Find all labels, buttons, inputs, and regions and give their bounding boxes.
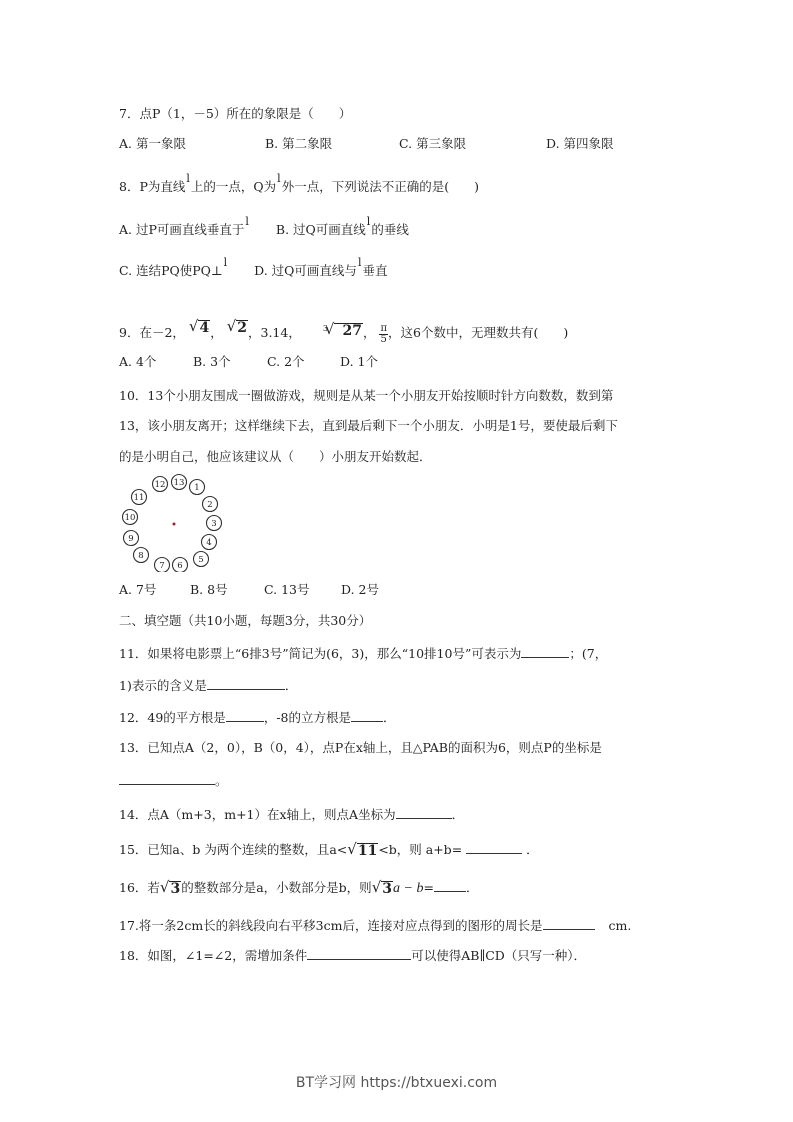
q7-option-c: C. 第三象限 <box>399 136 466 152</box>
svg-text:12: 12 <box>155 480 166 490</box>
text: 1)表示的含义是 <box>119 678 207 693</box>
pi-over-5: π5 <box>379 324 388 345</box>
answer-blank[interactable] <box>351 709 383 722</box>
text: 。 <box>215 773 228 788</box>
svg-text:4: 4 <box>206 538 211 548</box>
circle-diagram-icon: 13 1 2 3 4 5 6 7 8 9 10 11 12 <box>119 472 225 572</box>
line-l-symbol: l <box>277 172 281 185</box>
line-l-symbol: l <box>186 172 190 185</box>
svg-text:2: 2 <box>207 500 212 510</box>
question-18: 18．如图，∠1=∠2，需增加条件可以使得AB∥CD（只写一种）． <box>119 947 586 964</box>
section-2-title: 二、填空题（共10小题，每题3分，共30分） <box>119 613 371 629</box>
radicand: 4 <box>198 320 210 336</box>
svg-text:6: 6 <box>177 561 182 571</box>
svg-text:5: 5 <box>198 555 203 565</box>
q9-option-c: C. 2个 <box>267 354 305 370</box>
question-7-stem: 7．点P（1，－5）所在的象限是（ ） <box>119 106 351 122</box>
sqrt-2: √2 <box>227 318 248 336</box>
text: 11．如果将电影票上“6排3号”简记为(6，3)，那么“10排10号”可表示为 <box>119 646 521 661</box>
svg-text:10: 10 <box>125 513 136 523</box>
sqrt-3-expr: √3 <box>372 879 393 897</box>
text: ，3.14， <box>248 325 301 340</box>
q8-option-b: B. 过Q可画直线l的垂线 <box>276 222 409 237</box>
q8-option-d: D. 过Q可画直线与l垂直 <box>254 263 387 278</box>
svg-text:11: 11 <box>134 493 145 503</box>
answer-blank[interactable] <box>434 879 466 892</box>
children-circle-figure: 13 1 2 3 4 5 6 7 8 9 10 11 12 <box>119 472 225 572</box>
question-12: 12．49的平方根是，-8的立方根是． <box>119 709 396 726</box>
line-l-symbol: l <box>358 256 362 269</box>
text: 可以使得AB∥CD（只写一种）． <box>411 948 586 963</box>
text: ；(7， <box>569 646 607 661</box>
text: 9．在－2， <box>119 325 185 340</box>
question-10-line-1: 10．13个小朋友围成一圈做游戏，规则是从某一个小朋友开始按顺时针方向数数，数到… <box>119 388 613 404</box>
text: = <box>423 880 433 895</box>
line-l-symbol: l <box>367 215 371 228</box>
answer-blank[interactable] <box>226 709 264 722</box>
radicand: 3 <box>381 881 393 897</box>
text: ． <box>452 807 465 822</box>
question-13-line-2: 。 <box>119 772 228 789</box>
question-10-line-3: 的是小明自己，他应该建议从（ ）小朋友开始数起． <box>119 449 432 465</box>
question-8-stem: 8．P为直线l上的一点，Q为l外一点，下列说法不正确的是( ) <box>119 179 479 196</box>
text: <b，则 a+b= <box>378 842 462 857</box>
q9-option-a: A. 4个 <box>119 354 156 370</box>
answer-blank[interactable] <box>207 677 285 690</box>
text: 17.将一条2cm长的斜线段向右平移3cm后，连接对应点得到的图形的周长是 <box>119 918 543 933</box>
question-8-options-cd: C. 连结PQ使PQ⊥l D. 过Q可画直线与l垂直 <box>119 263 387 280</box>
svg-text:7: 7 <box>159 561 164 571</box>
q9-option-b: B. 3个 <box>193 354 231 370</box>
radicand: 27 <box>334 323 362 339</box>
text: ． <box>526 842 539 857</box>
q7-option-b: B. 第二象限 <box>265 136 332 152</box>
text: A. 过P可画直线垂直于 <box>119 222 244 237</box>
q10-option-b: B. 8号 <box>190 582 228 598</box>
answer-blank[interactable] <box>119 772 215 785</box>
radicand: 2 <box>236 320 248 336</box>
text: 的整数部分是a，小数部分是b，则 <box>181 880 371 895</box>
text: 垂直 <box>362 263 387 278</box>
text: B. 过Q可画直线 <box>276 222 366 237</box>
center-dot <box>173 523 176 526</box>
question-9-stem: 9．在－2， √4， √2，3.14， 3√27， π5，这6个数中，无理数共有… <box>119 318 568 345</box>
text: 外一点，下列说法不正确的是( ) <box>282 179 479 194</box>
text: 18．如图，∠1=∠2，需增加条件 <box>119 948 307 963</box>
question-17: 17.将一条2cm长的斜线段向右平移3cm后，连接对应点得到的图形的周长是cm. <box>119 917 631 934</box>
answer-blank[interactable] <box>521 645 569 658</box>
text: ． <box>285 678 298 693</box>
q7-option-a: A. 第一象限 <box>119 136 186 152</box>
expression: a − b <box>393 881 423 896</box>
answer-blank[interactable] <box>543 917 595 930</box>
text: ，-8的立方根是 <box>264 710 351 725</box>
q8-option-c: C. 连结PQ使PQ⊥l <box>119 263 228 278</box>
radicand: 11 <box>357 843 378 859</box>
text: ，这6个数中，无理数共有( ) <box>388 325 568 340</box>
q7-option-d: D. 第四象限 <box>546 136 614 152</box>
question-11-line-1: 11．如果将电影票上“6排3号”简记为(6，3)，那么“10排10号”可表示为；… <box>119 645 607 662</box>
text: 8．P为直线 <box>119 179 185 194</box>
sqrt-11: √11 <box>347 841 378 859</box>
question-11-line-2: 1)表示的含义是． <box>119 677 297 694</box>
svg-text:1: 1 <box>194 483 199 493</box>
q10-option-c: C. 13号 <box>264 582 309 598</box>
svg-text:8: 8 <box>138 551 143 561</box>
cube-root-27: 3√27 <box>323 321 363 339</box>
question-8-options-ab: A. 过P可画直线垂直于l B. 过Q可画直线l的垂线 <box>119 222 409 239</box>
radicand: 3 <box>169 881 181 897</box>
question-15: 15．已知a、b 为两个连续的整数，且a<√11<b，则 a+b= ． <box>119 841 539 859</box>
svg-text:13: 13 <box>174 478 185 488</box>
text: ． <box>383 710 396 725</box>
text: cm. <box>609 918 632 933</box>
footer-watermark: BT学习网 https://btxuexi.com <box>0 1072 793 1092</box>
line-l-symbol: l <box>245 215 249 228</box>
sqrt-4: √4 <box>189 318 210 336</box>
denominator: 5 <box>381 335 387 345</box>
text: 12．49的平方根是 <box>119 710 226 725</box>
svg-text:3: 3 <box>211 519 216 529</box>
q10-option-a: A. 7号 <box>119 582 156 598</box>
text: C. 连结PQ使PQ⊥ <box>119 263 223 278</box>
text: D. 过Q可画直线与 <box>254 263 357 278</box>
line-l-symbol: l <box>224 256 228 269</box>
text: 上的一点，Q为 <box>191 179 276 194</box>
question-14: 14．点A（m+3，m+1）在x轴上，则点A坐标为． <box>119 806 464 823</box>
text: ． <box>466 880 479 895</box>
question-10-line-2: 13，该小朋友离开；这样继续下去，直到最后剩下一个小朋友．小明是1号，要使最后剩… <box>119 418 618 434</box>
answer-blank[interactable] <box>396 806 452 819</box>
question-16: 16．若√3的整数部分是a，小数部分是b，则√3a − b=． <box>119 879 478 897</box>
answer-blank[interactable] <box>466 841 522 854</box>
q10-option-d: D. 2号 <box>341 582 379 598</box>
answer-blank[interactable] <box>307 947 411 960</box>
text: 14．点A（m+3，m+1）在x轴上，则点A坐标为 <box>119 807 396 822</box>
svg-text:9: 9 <box>128 534 133 544</box>
q9-option-d: D. 1个 <box>340 354 378 370</box>
question-13-line-1: 13．已知点A（2，0），B（0，4），点P在x轴上，且△PAB的面积为6，则点… <box>119 740 602 756</box>
text: 的垂线 <box>371 222 409 237</box>
q8-option-a: A. 过P可画直线垂直于l <box>119 222 250 237</box>
sqrt-3: √3 <box>160 879 181 897</box>
text: 16．若 <box>119 880 160 895</box>
text: 15．已知a、b 为两个连续的整数，且a< <box>119 842 347 857</box>
